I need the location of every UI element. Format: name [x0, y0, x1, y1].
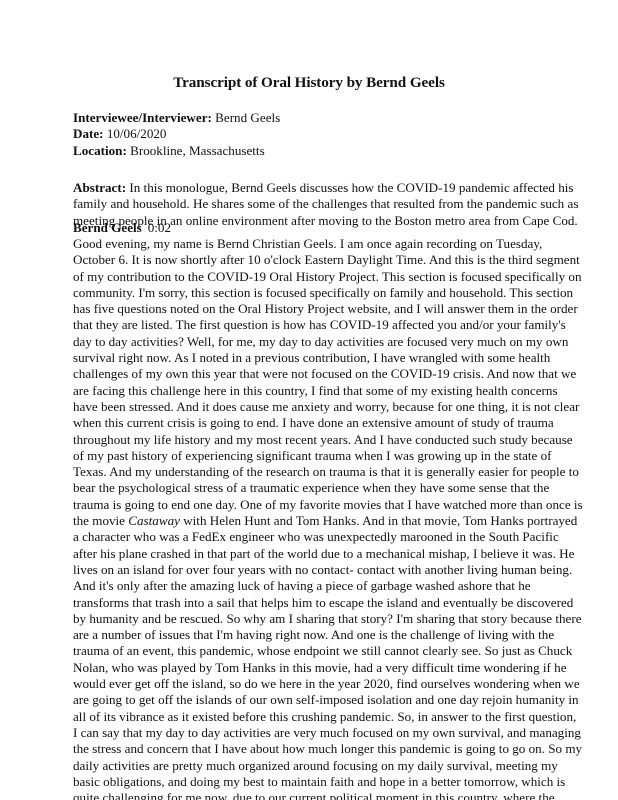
- transcript-line: all of its vibrance as it existed before…: [73, 709, 553, 725]
- transcript-line: the stress and concern that I have about…: [73, 741, 553, 757]
- abstract-line: Abstract: In this monologue, Bernd Geels…: [73, 180, 553, 196]
- transcript-line: would ever get off the island, so do we …: [73, 676, 553, 692]
- speaker-name: Bernd Geels: [73, 220, 142, 235]
- transcript-line: bear the psychological stress of a traum…: [73, 480, 553, 496]
- metadata-label: Location:: [73, 143, 127, 158]
- transcript-line: And it's only after the amazing luck of …: [73, 578, 553, 594]
- transcript-line: Nolan, who was played by Tom Hanks in th…: [73, 660, 553, 676]
- transcript-line: survival right now. As I noted in a prev…: [73, 350, 553, 366]
- transcript-line: after his plane crashed in that part of …: [73, 546, 553, 562]
- transcript-line: are going to get off the islands of our …: [73, 692, 553, 708]
- transcript-text: with Helen Hunt and Tom Hanks. And in th…: [180, 513, 577, 528]
- metadata-label: Interviewee/Interviewer:: [73, 110, 212, 125]
- transcript-line: day to day activities? Well, for me, my …: [73, 334, 553, 350]
- transcript-line: of my contribution to the COVID-19 Oral …: [73, 269, 553, 285]
- transcript-line: quite challenging for me now, due to our…: [73, 790, 553, 800]
- transcript-line: October 6. It is now shortly after 10 o'…: [73, 252, 553, 268]
- metadata-value: 10/06/2020: [107, 126, 167, 141]
- abstract-label: Abstract:: [73, 180, 126, 195]
- transcript-line: daily activities are pretty much organiz…: [73, 758, 553, 774]
- transcript-line: basic obligations, and doing my best to …: [73, 774, 553, 790]
- transcript-line: are facing this challenge here in this c…: [73, 383, 553, 399]
- transcript-line: lives on an island for over four years w…: [73, 562, 553, 578]
- transcript-line: Good evening, my name is Bernd Christian…: [73, 236, 553, 252]
- abstract-text: In this monologue, Bernd Geels discusses…: [129, 180, 573, 195]
- transcript-line: by humanity and be rescued. So why am I …: [73, 611, 553, 627]
- metadata-location: Location: Brookline, Massachusetts: [73, 143, 553, 159]
- speaker-timestamp: 0:02: [148, 220, 171, 235]
- document-page: Transcript of Oral History by Bernd Geel…: [0, 0, 618, 800]
- transcript-line: Texas. And my understanding of the resea…: [73, 464, 553, 480]
- speaker-heading: Bernd Geels0:02: [73, 220, 171, 236]
- metadata-value: Bernd Geels: [215, 110, 280, 125]
- transcript-line: are a number of issues that I'm having r…: [73, 627, 553, 643]
- transcript-line: transforms that trash into a sail that h…: [73, 595, 553, 611]
- abstract-line: family and household. He shares some of …: [73, 196, 553, 212]
- transcript-line: the movie Castaway with Helen Hunt and T…: [73, 513, 553, 529]
- transcript-line: a character who was a FedEx engineer who…: [73, 529, 553, 545]
- transcript-text: the movie: [73, 513, 128, 528]
- metadata-date: Date: 10/06/2020: [73, 126, 553, 142]
- transcript-line: that they are listed. The first question…: [73, 317, 553, 333]
- transcript-line: trauma of an event, this pandemic, whose…: [73, 643, 553, 659]
- movie-title: Castaway: [128, 513, 180, 528]
- transcript-line: trauma is going to end one day. One of m…: [73, 497, 553, 513]
- transcript-body: Good evening, my name is Bernd Christian…: [73, 236, 553, 800]
- metadata-label: Date:: [73, 126, 104, 141]
- transcript-line: challenges of my own this year that were…: [73, 366, 553, 382]
- transcript-line: community. I'm sorry, this section is fo…: [73, 285, 553, 301]
- transcript-line: throughout my life history and my most r…: [73, 432, 553, 448]
- metadata-interviewee: Interviewee/Interviewer: Bernd Geels: [73, 110, 553, 126]
- transcript-line: have been stressed. And it does cause me…: [73, 399, 553, 415]
- transcript-line: of my past history of experiencing signi…: [73, 448, 553, 464]
- document-title: Transcript of Oral History by Bernd Geel…: [0, 74, 618, 92]
- metadata-block: Interviewee/Interviewer: Bernd Geels Dat…: [73, 110, 553, 159]
- transcript-line: when this current crisis is going to end…: [73, 415, 553, 431]
- transcript-line: I can say that my day to day activities …: [73, 725, 553, 741]
- transcript-line: has five questions noted on the Oral His…: [73, 301, 553, 317]
- metadata-value: Brookline, Massachusetts: [130, 143, 265, 158]
